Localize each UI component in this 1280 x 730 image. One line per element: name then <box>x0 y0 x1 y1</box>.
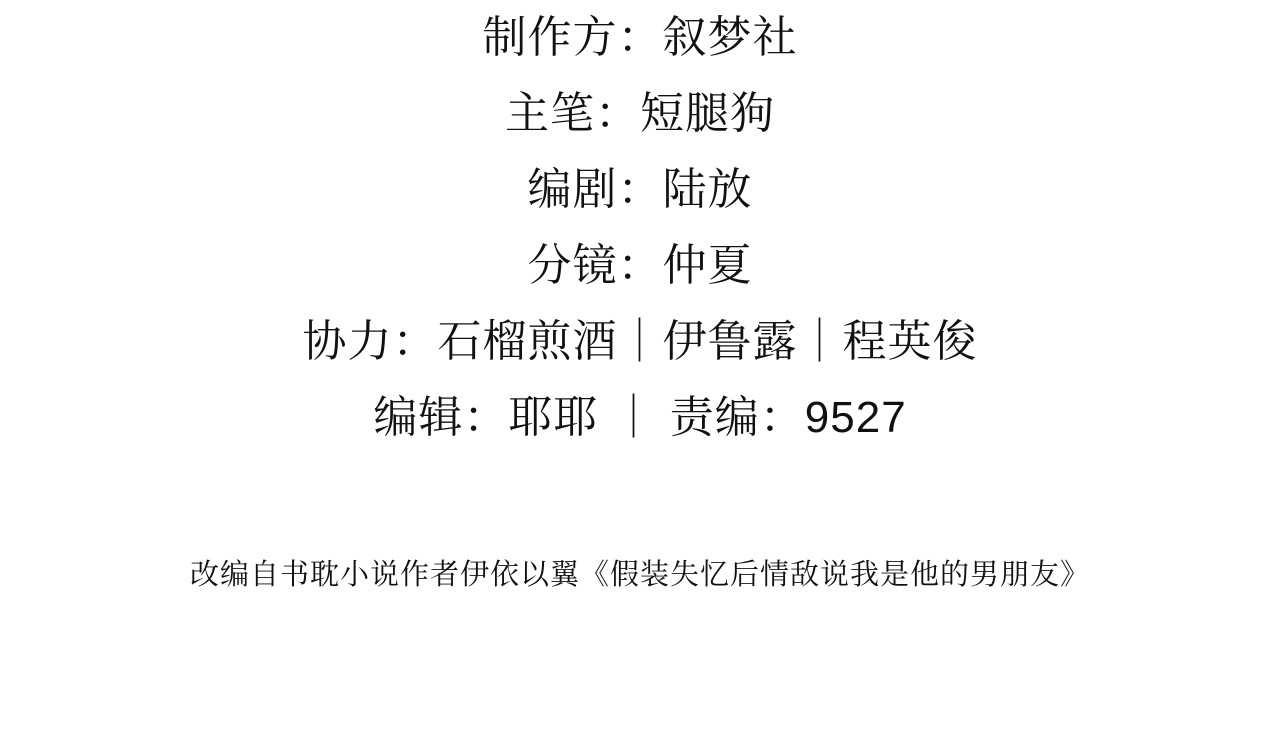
credits-block: 制作方：叙梦社 主笔：短腿狗 编剧：陆放 分镜：仲夏 协力：石榴煎酒｜伊鲁露｜程… <box>0 0 1280 456</box>
adaptation-note: 改编自书耽小说作者伊依以翼《假装失忆后情敌说我是他的男朋友》 <box>0 555 1280 595</box>
credit-line-screenwriter: 编剧：陆放 <box>0 152 1280 228</box>
credit-line-assistance: 协力：石榴煎酒｜伊鲁露｜程英俊 <box>0 304 1280 380</box>
credit-line-producer: 制作方：叙梦社 <box>0 0 1280 76</box>
credit-line-lead-artist: 主笔：短腿狗 <box>0 76 1280 152</box>
credit-line-storyboard: 分镜：仲夏 <box>0 228 1280 304</box>
credit-line-editors: 编辑：耶耶 ｜ 责编：9527 <box>0 380 1280 456</box>
